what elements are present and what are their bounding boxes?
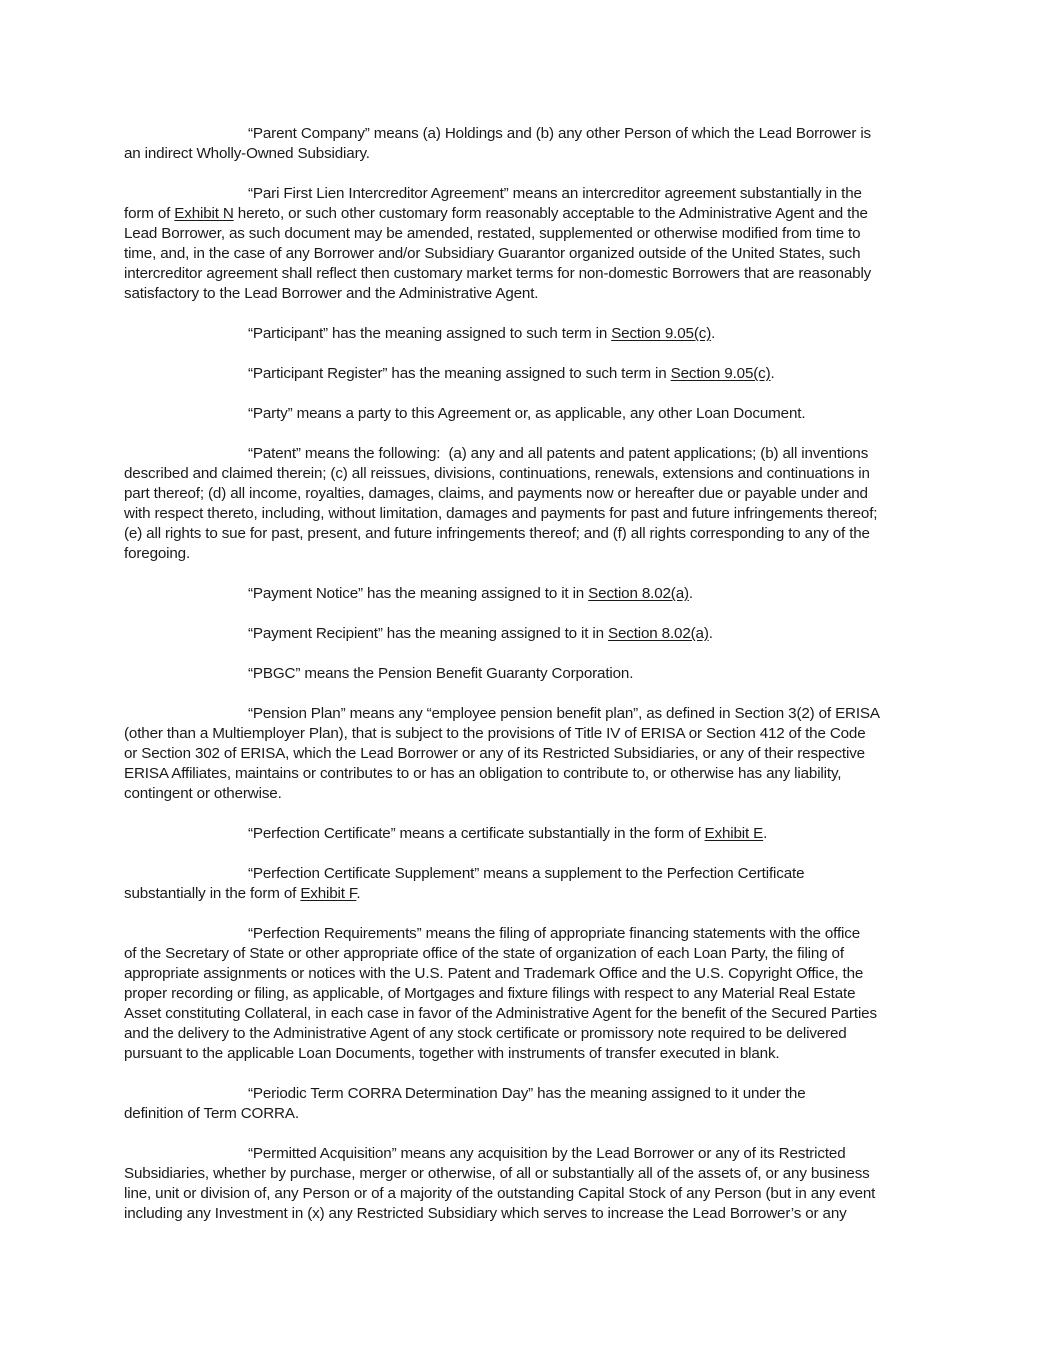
text-line: contingent or otherwise. [124, 784, 944, 804]
text-line: ERISA Affiliates, maintains or contribut… [124, 764, 944, 784]
cross-reference-link[interactable]: Exhibit F [300, 885, 356, 902]
definition-paragraph: “Patent” means the following: (a) any an… [124, 444, 944, 564]
definition-paragraph: “Participant Register” has the meaning a… [124, 364, 944, 384]
text-line: Subsidiaries, whether by purchase, merge… [124, 1164, 944, 1184]
text-line: “Payment Notice” has the meaning assigne… [124, 584, 944, 604]
text-line: foregoing. [124, 544, 944, 564]
text-line: “Perfection Certificate Supplement” mean… [124, 864, 944, 884]
text-line: (e) all rights to sue for past, present,… [124, 524, 944, 544]
text-line: or Section 302 of ERISA, which the Lead … [124, 744, 944, 764]
definition-paragraph: “Permitted Acquisition” means any acquis… [124, 1144, 944, 1224]
definition-paragraph: “PBGC” means the Pension Benefit Guarant… [124, 664, 944, 684]
text-line: definition of Term CORRA. [124, 1104, 944, 1124]
definition-paragraph: “Perfection Certificate Supplement” mean… [124, 864, 944, 904]
definition-paragraph: “Participant” has the meaning assigned t… [124, 324, 944, 344]
text-line: intercreditor agreement shall reflect th… [124, 264, 944, 284]
text-line: “Parent Company” means (a) Holdings and … [124, 124, 944, 144]
text-line: substantially in the form of Exhibit F. [124, 884, 944, 904]
text-line: an indirect Wholly-Owned Subsidiary. [124, 144, 944, 164]
cross-reference-link[interactable]: Exhibit N [174, 205, 233, 222]
cross-reference-link[interactable]: Section 8.02(a) [588, 585, 689, 602]
text-line: “Pari First Lien Intercreditor Agreement… [124, 184, 944, 204]
text-line: “Payment Recipient” has the meaning assi… [124, 624, 944, 644]
cross-reference-link[interactable]: Section 9.05(c) [611, 325, 711, 342]
definition-paragraph: “Periodic Term CORRA Determination Day” … [124, 1084, 944, 1124]
text-line: part thereof; (d) all income, royalties,… [124, 484, 944, 504]
definition-paragraph: “Perfection Requirements” means the fili… [124, 924, 944, 1064]
definition-paragraph: “Payment Recipient” has the meaning assi… [124, 624, 944, 644]
cross-reference-link[interactable]: Section 9.05(c) [671, 365, 771, 382]
text-line: line, unit or division of, any Person or… [124, 1184, 944, 1204]
text-line: satisfactory to the Lead Borrower and th… [124, 284, 944, 304]
text-line: pursuant to the applicable Loan Document… [124, 1044, 944, 1064]
text-line: appropriate assignments or notices with … [124, 964, 944, 984]
text-line: of the Secretary of State or other appro… [124, 944, 944, 964]
text-line: “PBGC” means the Pension Benefit Guarant… [124, 664, 944, 684]
definition-paragraph: “Parent Company” means (a) Holdings and … [124, 124, 944, 164]
text-line: described and claimed therein; (c) all r… [124, 464, 944, 484]
text-line: “Participant” has the meaning assigned t… [124, 324, 944, 344]
document-page: “Parent Company” means (a) Holdings and … [124, 124, 944, 1244]
text-line: “Participant Register” has the meaning a… [124, 364, 944, 384]
definition-paragraph: “Perfection Certificate” means a certifi… [124, 824, 944, 844]
text-line: “Pension Plan” means any “employee pensi… [124, 704, 944, 724]
text-line: including any Investment in (x) any Rest… [124, 1204, 944, 1224]
definition-paragraph: “Pension Plan” means any “employee pensi… [124, 704, 944, 804]
cross-reference-link[interactable]: Section 8.02(a) [608, 625, 709, 642]
text-line: “Perfection Requirements” means the fili… [124, 924, 944, 944]
text-line: “Periodic Term CORRA Determination Day” … [124, 1084, 944, 1104]
definition-paragraph: “Payment Notice” has the meaning assigne… [124, 584, 944, 604]
definition-paragraph: “Party” means a party to this Agreement … [124, 404, 944, 424]
text-line: with respect thereto, including, without… [124, 504, 944, 524]
text-line: form of Exhibit N hereto, or such other … [124, 204, 944, 224]
text-line: “Party” means a party to this Agreement … [124, 404, 944, 424]
text-line: Lead Borrower, as such document may be a… [124, 224, 944, 244]
text-line: “Patent” means the following: (a) any an… [124, 444, 944, 464]
text-line: “Permitted Acquisition” means any acquis… [124, 1144, 944, 1164]
text-line: (other than a Multiemployer Plan), that … [124, 724, 944, 744]
text-line: time, and, in the case of any Borrower a… [124, 244, 944, 264]
text-line: proper recording or filing, as applicabl… [124, 984, 944, 1004]
cross-reference-link[interactable]: Exhibit E [705, 825, 764, 842]
text-line: and the delivery to the Administrative A… [124, 1024, 944, 1044]
text-line: Asset constituting Collateral, in each c… [124, 1004, 944, 1024]
definition-paragraph: “Pari First Lien Intercreditor Agreement… [124, 184, 944, 304]
text-line: “Perfection Certificate” means a certifi… [124, 824, 944, 844]
